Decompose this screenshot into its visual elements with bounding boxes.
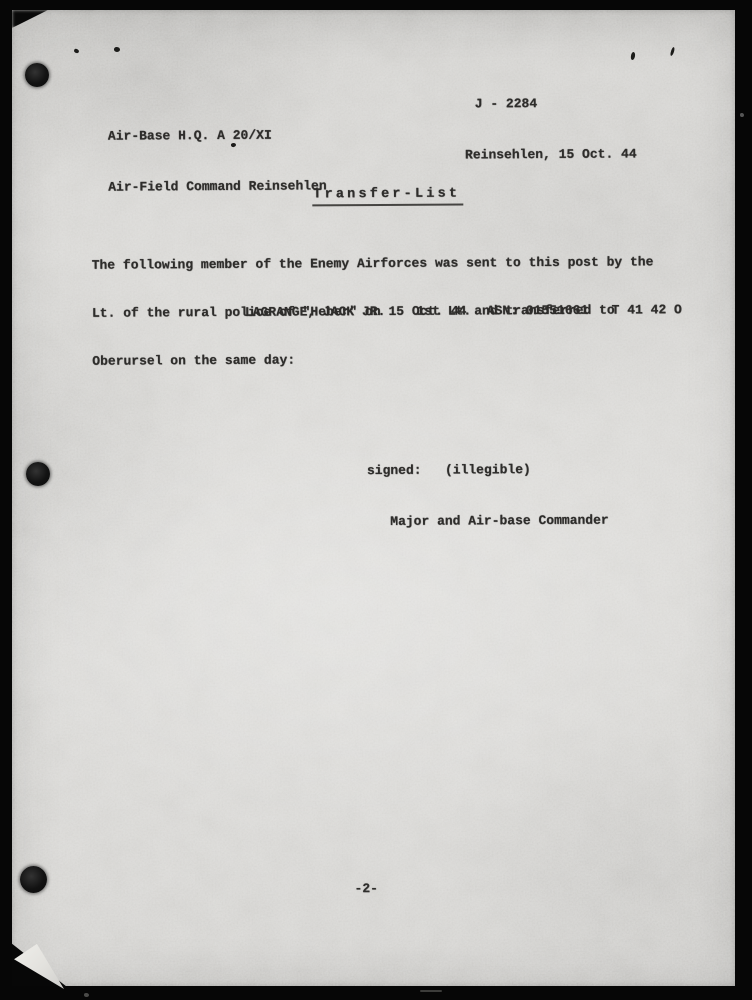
signature-block: signed: (illegible) Major and Air-base C… [367, 427, 609, 564]
letterhead: Air-Base H.Q. A 20/XI Air-Field Command … [108, 92, 327, 229]
signer-title: Major and Air-base Commander [390, 512, 609, 530]
signature-label: signed: [367, 463, 422, 478]
signature-name: (illegible) [445, 462, 531, 478]
page-number: -2- [354, 881, 378, 897]
document-title: Transfer-List [312, 186, 463, 206]
reference-number: J - 2284 [475, 96, 538, 112]
letterhead-line-command: Air-Field Command Reinsehlen [108, 177, 327, 195]
scanned-document-page: Air-Base H.Q. A 20/XI Air-Field Command … [0, 0, 752, 1000]
dateline: Reinsehlen, 15 Oct. 44 [465, 146, 637, 163]
signature-line: signed: (illegible) [367, 461, 609, 479]
body-line: The following member of the Enemy Airfor… [92, 254, 654, 273]
body-line: Oberursel on the same day: [92, 350, 654, 369]
prisoner-record-line: LAGRANGE, JACK JR. 1st Lt. ASN: 01551661… [245, 302, 682, 321]
typewritten-content: Air-Base H.Q. A 20/XI Air-Field Command … [0, 0, 752, 1000]
signature-spacer [422, 463, 445, 478]
letterhead-line-unit: Air-Base H.Q. A 20/XI [108, 126, 327, 144]
